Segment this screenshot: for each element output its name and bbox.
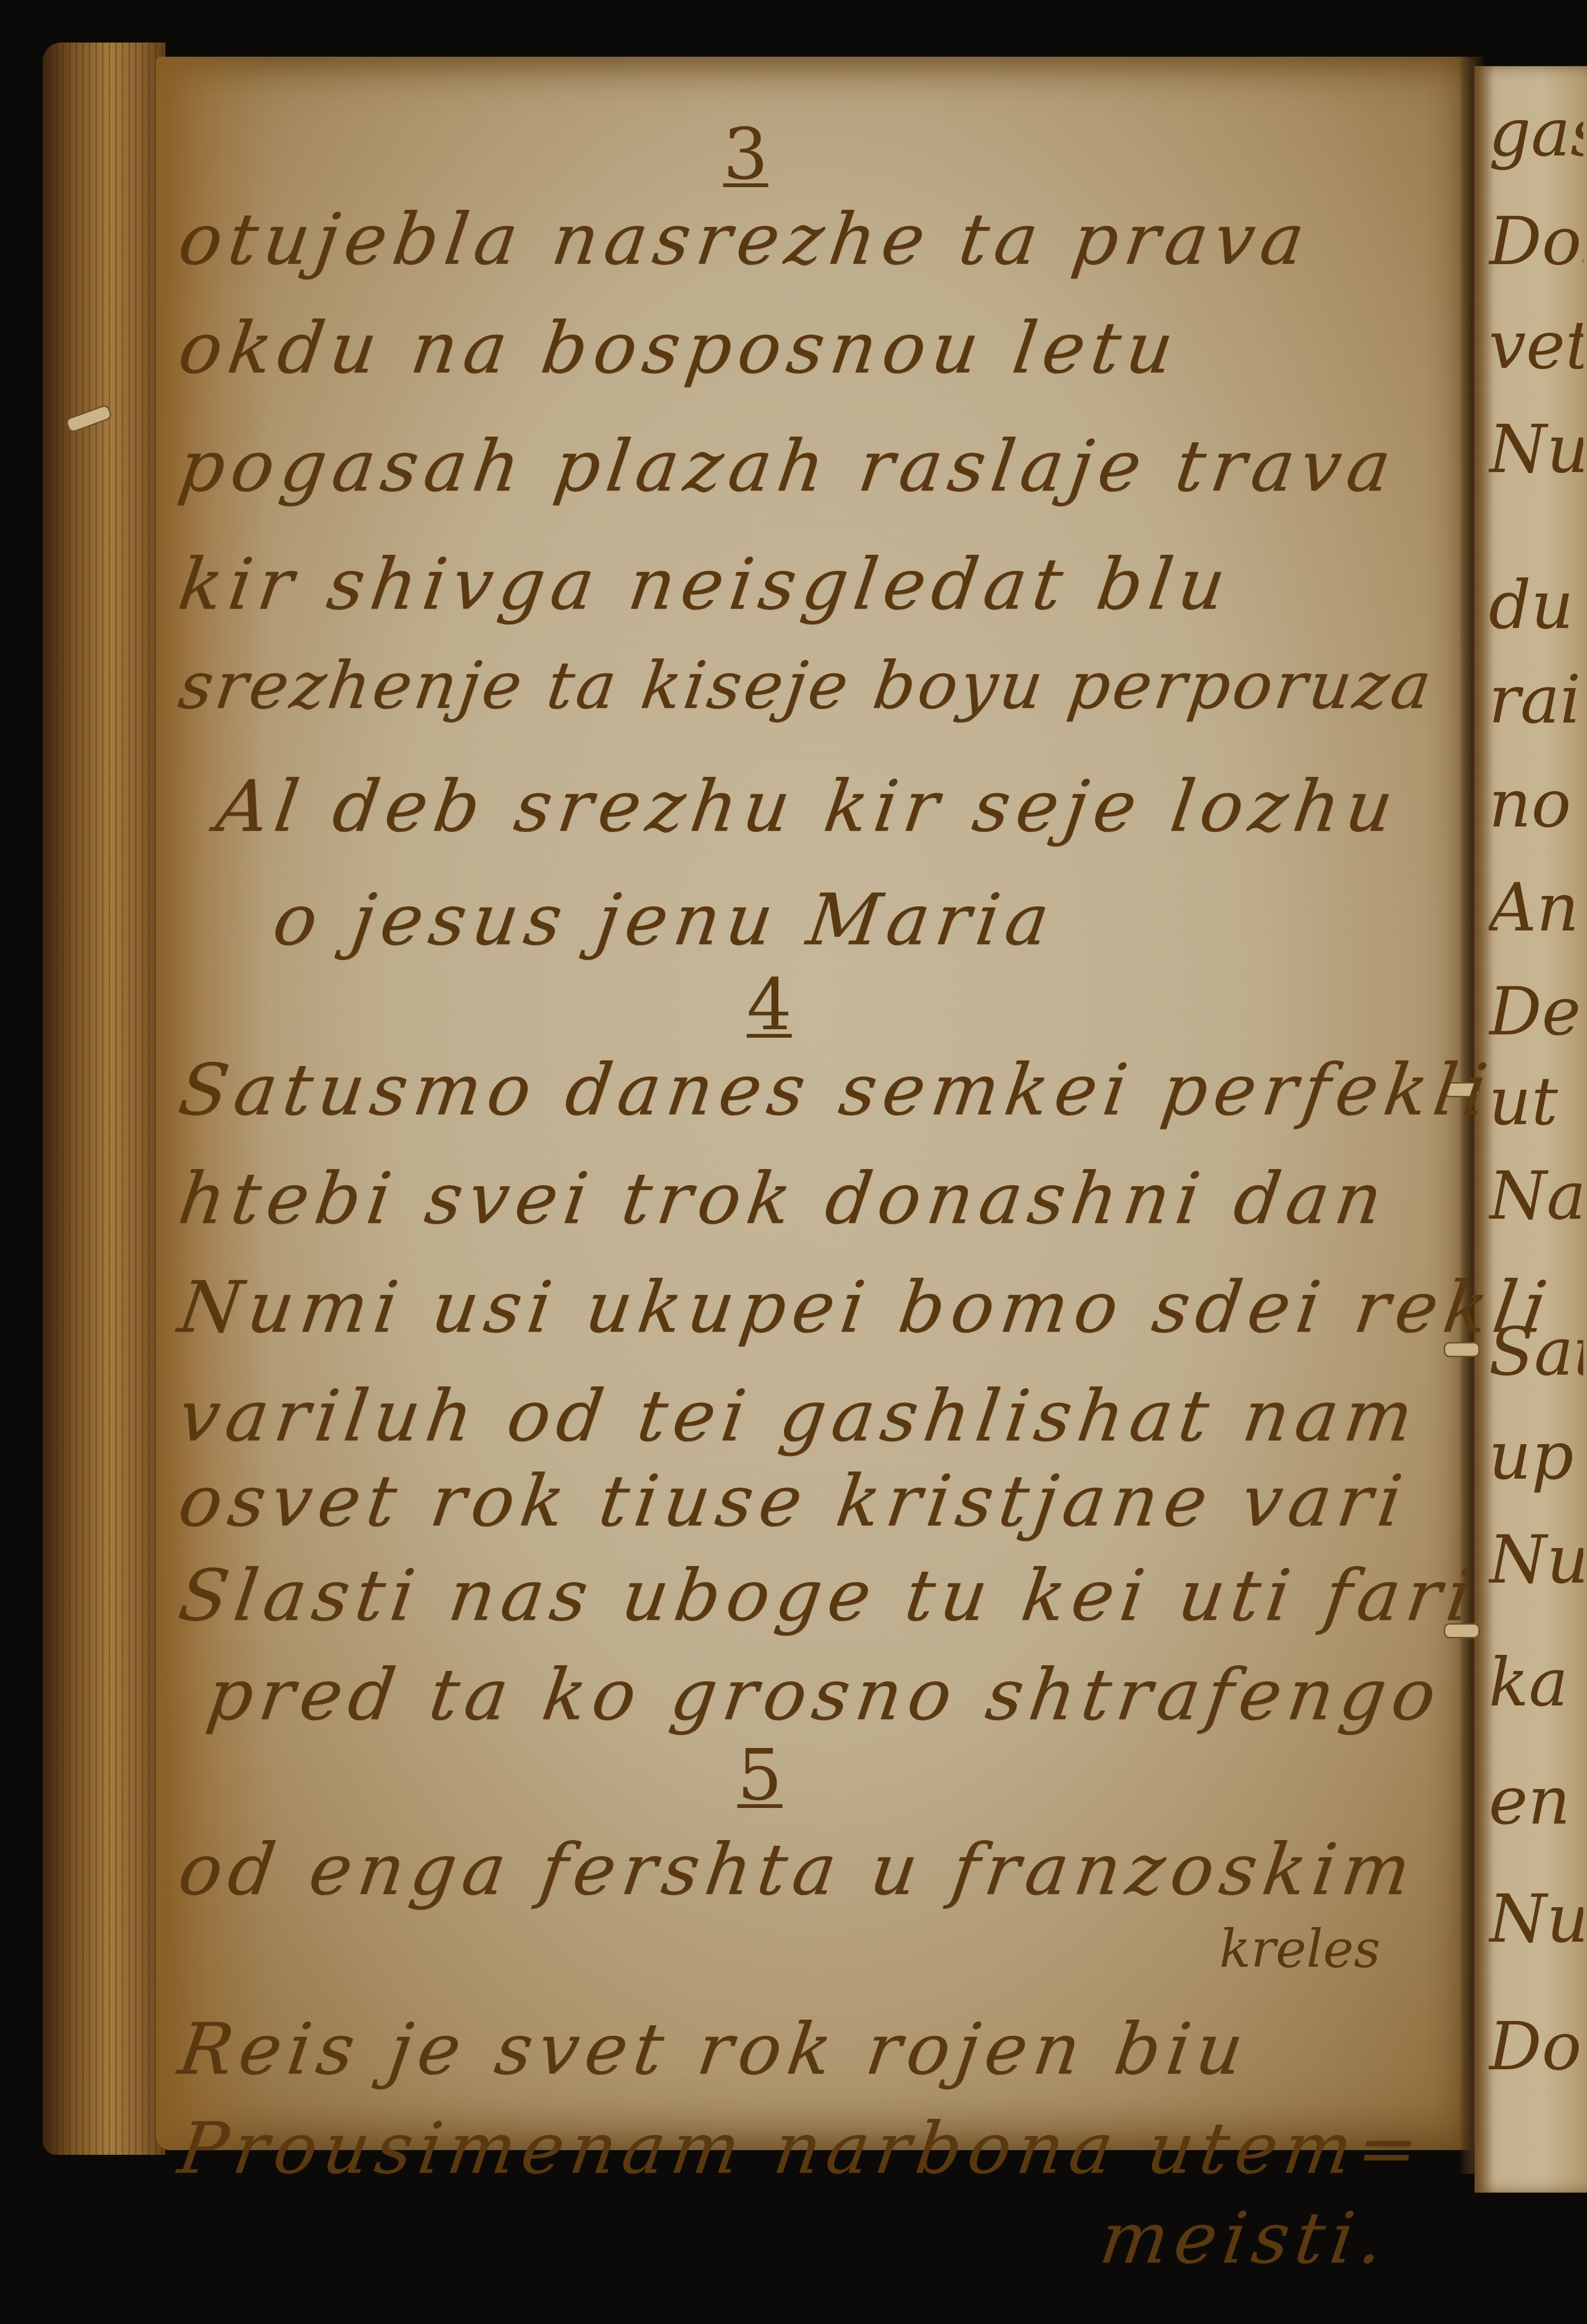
right-page-fragment: ka [1489,1644,1583,1721]
right-page-fragment: gas [1489,95,1583,172]
right-page-fragment: An [1489,869,1583,947]
manuscript-line: okdu na bosposnou letu [174,307,1185,389]
manuscript-line: variluh od tei gashlishat nam [174,1375,1424,1457]
manuscript-line: Numi usi ukupei bomo sdei rekli [174,1266,1558,1349]
page-stack-edge [43,43,165,2155]
right-page-fragment: Do [1489,2008,1583,2085]
manuscript-line: osvet rok tiuse kristjane vari [174,1460,1414,1542]
right-page-fragment: up [1489,1418,1583,1495]
right-page-fragment: no [1489,766,1583,843]
manuscript-line: kir shivga neisgledat blu [174,543,1237,626]
stanza-number: 4 [747,964,792,1046]
manuscript-line: o jesus jenu Maria [268,879,1061,961]
manuscript-line: Slasti nas uboge tu kei uti fari [174,1555,1483,1637]
manuscript-line: Al deb srezhu kir seje lozhu [212,766,1405,848]
stanza-number: 3 [723,113,768,196]
right-page-fragment: vet [1489,307,1583,384]
manuscript-line: Prousimenam narbona utem= [174,2108,1430,2190]
right-page-fragment: en [1489,1763,1583,1840]
right-page-fragment: De [1489,973,1583,1050]
manuscript-line: od enga fershta u franzoskim [174,1829,1422,1911]
right-page-fragment: Sat [1489,1314,1583,1391]
right-page-fragment: rai [1489,662,1583,739]
right-page-fragment: Nu [1489,411,1583,488]
manuscript-line: otujebla nasrezhe ta prava [174,198,1316,281]
stanza-number: 5 [737,1734,782,1816]
margin-annotation: kreles [1219,1919,1380,1979]
right-page-fragment: Na [1489,1158,1583,1235]
manuscript-line: htebi svei trok donashni dan [174,1158,1394,1240]
manuscript-line: pogasah plazah raslaje trava [174,425,1402,508]
manuscript-line: pred ta ko grosno shtrafengo [202,1654,1448,1736]
right-page-fragment: Nu [1489,1522,1583,1599]
right-page-fragment: du [1489,567,1583,644]
manuscript-line: meisti. [1095,2197,1395,2280]
manuscript-line: Satusmo danes semkei perfekli [174,1049,1499,1131]
right-page-fragment: Dos [1489,203,1583,280]
manuscript-line: srezhenje ta kiseje boyu perporuza [174,647,1439,723]
manuscript-line: Reis je svet rok rojen biu [174,2008,1255,2091]
right-page-fragment: Nu [1489,1881,1583,1958]
right-page-fragment: ut [1489,1063,1583,1140]
